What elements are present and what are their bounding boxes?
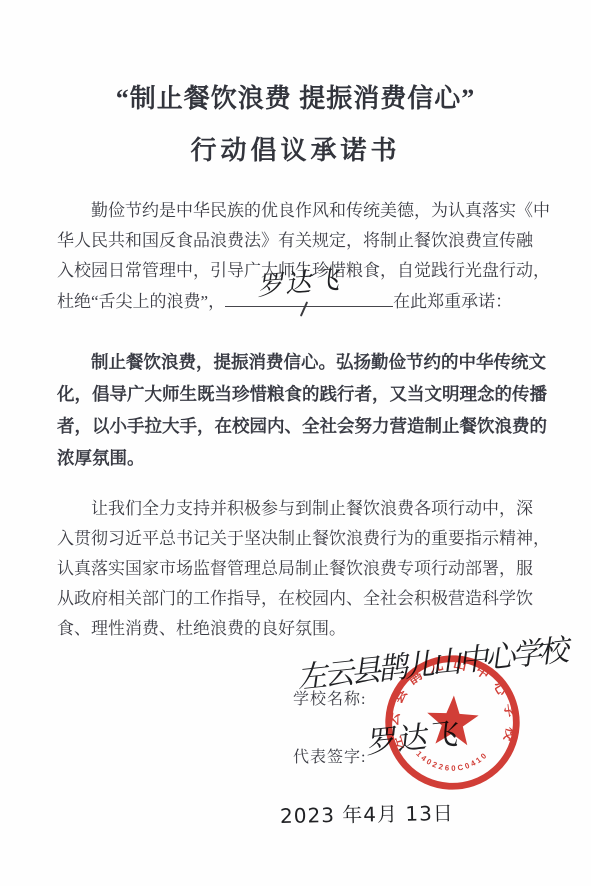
paragraph-line: 入贯彻习近平总书记关于坚决制止餐饮浪费行为的重要指示精神，: [57, 524, 543, 554]
paragraph-line-text: 制止餐饮浪费，提振消费信心。弘扬勤俭节约的中华传统文: [91, 352, 546, 372]
fill-in-blank-underline: 罗达飞: [225, 286, 393, 307]
document-title-line1: “制止餐饮浪费 提振消费信心”: [0, 78, 591, 115]
document-page: “制止餐饮浪费 提振消费信心” 行动倡议承诺书 勤俭节约是中华民族的优良作风和传…: [0, 0, 591, 886]
document-title-line2: 行动倡议承诺书: [0, 130, 591, 167]
paragraph-line: 认真落实国家市场监督管理总局制止餐饮浪费专项行动部署，服: [57, 554, 543, 584]
blank-prefix-text: 杜绝“舌尖上的浪费”，: [57, 292, 225, 311]
paragraph-line-text: 勤俭节约是中华民族的优良作风和传统美德，为认真落实《中: [91, 201, 550, 220]
paragraph-line-text: 让我们全力支持并积极参与到制止餐饮浪费各项行动中，深: [91, 499, 533, 518]
paragraph-line: 制止餐饮浪费，提振消费信心。弘扬勤俭节约的中华传统文: [57, 346, 543, 378]
paragraph-action: 让我们全力支持并积极参与到制止餐饮浪费各项行动中，深 入贯彻习近平总书记关于坚决…: [57, 494, 543, 644]
paragraph-intro: 勤俭节约是中华民族的优良作风和传统美德，为认真落实《中 华人民共和国反食品浪费法…: [57, 196, 543, 316]
paragraph-line: 从政府相关部门的工作指导，在校园内、全社会积极营造科学饮: [57, 584, 543, 614]
paragraph-line: 华人民共和国反食品浪费法》有关规定，将制止餐饮浪费宣传融: [57, 226, 543, 256]
paragraph-line: 勤俭节约是中华民族的优良作风和传统美德，为认真落实《中: [57, 196, 543, 226]
paragraph-line: 浓厚氛围。: [57, 442, 543, 474]
representative-signature-label: 代表签字:: [293, 744, 366, 767]
paragraph-line: 者，以小手拉大手，在校园内、全社会努力营造制止餐饮浪费的: [57, 410, 543, 442]
handwritten-date: 2023 年4月 13日: [280, 797, 454, 829]
paragraph-line: 让我们全力支持并积极参与到制止餐饮浪费各项行动中，深: [57, 494, 543, 524]
paragraph-line: 化，倡导广大师生既当珍惜粮食的践行者，又当文明理念的传播: [57, 378, 543, 410]
paragraph-line-with-blank: 杜绝“舌尖上的浪费”，罗达飞在此郑重承诺：: [57, 286, 543, 316]
handwritten-signature-inline: 罗达飞: [257, 264, 346, 302]
blank-suffix-text: 在此郑重承诺：: [393, 292, 512, 311]
paragraph-pledge: 制止餐饮浪费，提振消费信心。弘扬勤俭节约的中华传统文 化，倡导广大师生既当珍惜粮…: [57, 346, 543, 474]
